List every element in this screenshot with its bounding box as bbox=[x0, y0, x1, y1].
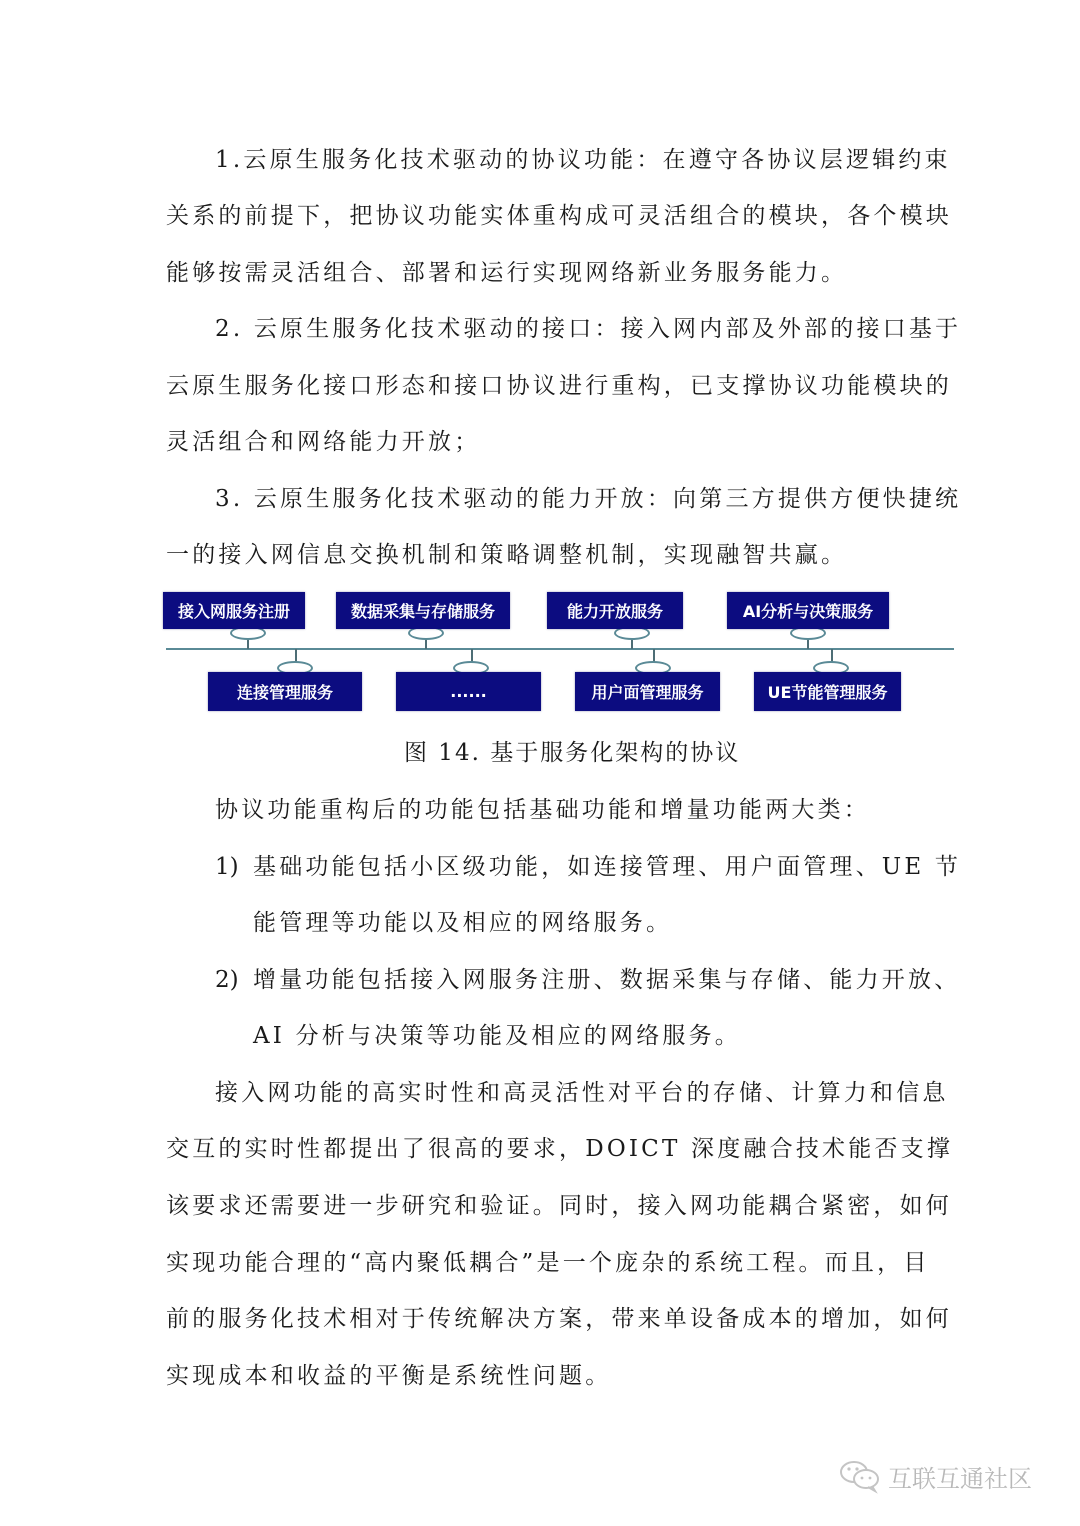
closing-line-4: 实现功能合理的“高内聚低耦合”是一个庞杂的系统工程。而且，目 bbox=[166, 1248, 930, 1278]
connector-stem bbox=[831, 649, 833, 665]
list-item-2-line-2: AI 分析与决策等功能及相应的网络服务。 bbox=[253, 1021, 741, 1051]
figure-caption: 图 14. 基于服务化架构的协议 bbox=[404, 738, 740, 768]
paragraph-3-line-1: 3. 云原生服务化技术驱动的能力开放：向第三方提供方便快捷统 bbox=[215, 484, 961, 514]
connector-stem bbox=[247, 633, 249, 649]
connector-stem bbox=[295, 649, 297, 665]
service-box-data-collection: 数据采集与存储服务 bbox=[336, 592, 510, 629]
paragraph-1-line-1: 1.云原生服务化技术驱动的协议功能：在遵守各协议层逻辑约束 bbox=[215, 145, 951, 175]
connector-stem bbox=[631, 633, 633, 649]
list-item-1-line-2: 能管理等功能以及相应的网络服务。 bbox=[253, 908, 672, 938]
list-number-1: 1) bbox=[215, 852, 239, 882]
paragraph-2-line-3: 灵活组合和网络能力开放； bbox=[166, 427, 480, 457]
service-box-ellipsis: ...... bbox=[396, 672, 541, 711]
watermark-text: 互联互通社区 bbox=[888, 1459, 1032, 1494]
paragraph-3-line-2: 一的接入网信息交换机制和策略调整机制，实现融智共赢。 bbox=[166, 540, 847, 570]
closing-line-3: 该要求还需要进一步研究和验证。同时，接入网功能耦合紧密，如何 bbox=[166, 1191, 952, 1221]
service-architecture-diagram: 接入网服务注册 数据采集与存储服务 能力开放服务 AI分析与决策服务 连接管理服… bbox=[0, 0, 1080, 730]
closing-line-5: 前的服务化技术相对于传统解决方案，带来单设备成本的增加，如何 bbox=[166, 1304, 952, 1334]
service-box-capability-exposure: 能力开放服务 bbox=[547, 592, 683, 629]
connector-stem bbox=[807, 633, 809, 649]
service-box-connection-mgmt: 连接管理服务 bbox=[208, 672, 362, 711]
paragraph-2-line-2: 云原生服务化接口形态和接口协议进行重构，已支撑协议功能模块的 bbox=[166, 371, 952, 401]
paragraph-1-line-3: 能够按需灵活组合、部署和运行实现网络新业务服务能力。 bbox=[166, 258, 847, 288]
list-item-1-line-1: 基础功能包括小区级功能，如连接管理、用户面管理、UE 节 bbox=[253, 852, 961, 882]
paragraph-2-line-1: 2. 云原生服务化技术驱动的接口：接入网内部及外部的接口基于 bbox=[215, 314, 961, 344]
intro-text: 协议功能重构后的功能包括基础功能和增量功能两大类： bbox=[215, 795, 870, 825]
service-box-ai-analysis: AI分析与决策服务 bbox=[727, 592, 889, 629]
closing-line-6: 实现成本和收益的平衡是系统性问题。 bbox=[166, 1361, 611, 1391]
service-box-user-plane-mgmt: 用户面管理服务 bbox=[575, 672, 720, 711]
list-number-2: 2) bbox=[215, 965, 239, 995]
service-box-registration: 接入网服务注册 bbox=[163, 592, 305, 629]
wechat-icon bbox=[838, 1458, 882, 1494]
closing-line-2: 交互的实时性都提出了很高的要求，DOICT 深度融合技术能否支撑 bbox=[166, 1134, 953, 1164]
service-bus-line bbox=[166, 648, 954, 650]
watermark: 互联互通社区 bbox=[838, 1458, 1032, 1494]
closing-line-1: 接入网功能的高实时性和高灵活性对平台的存储、计算力和信息 bbox=[215, 1078, 949, 1108]
connector-stem bbox=[653, 649, 655, 665]
list-item-2-line-1: 增量功能包括接入网服务注册、数据采集与存储、能力开放、 bbox=[253, 965, 960, 995]
paragraph-1-line-2: 关系的前提下，把协议功能实体重构成可灵活组合的模块，各个模块 bbox=[166, 201, 952, 231]
connector-stem bbox=[425, 633, 427, 649]
connector-stem bbox=[471, 649, 473, 665]
service-box-ue-energy-mgmt: UE节能管理服务 bbox=[754, 672, 901, 711]
